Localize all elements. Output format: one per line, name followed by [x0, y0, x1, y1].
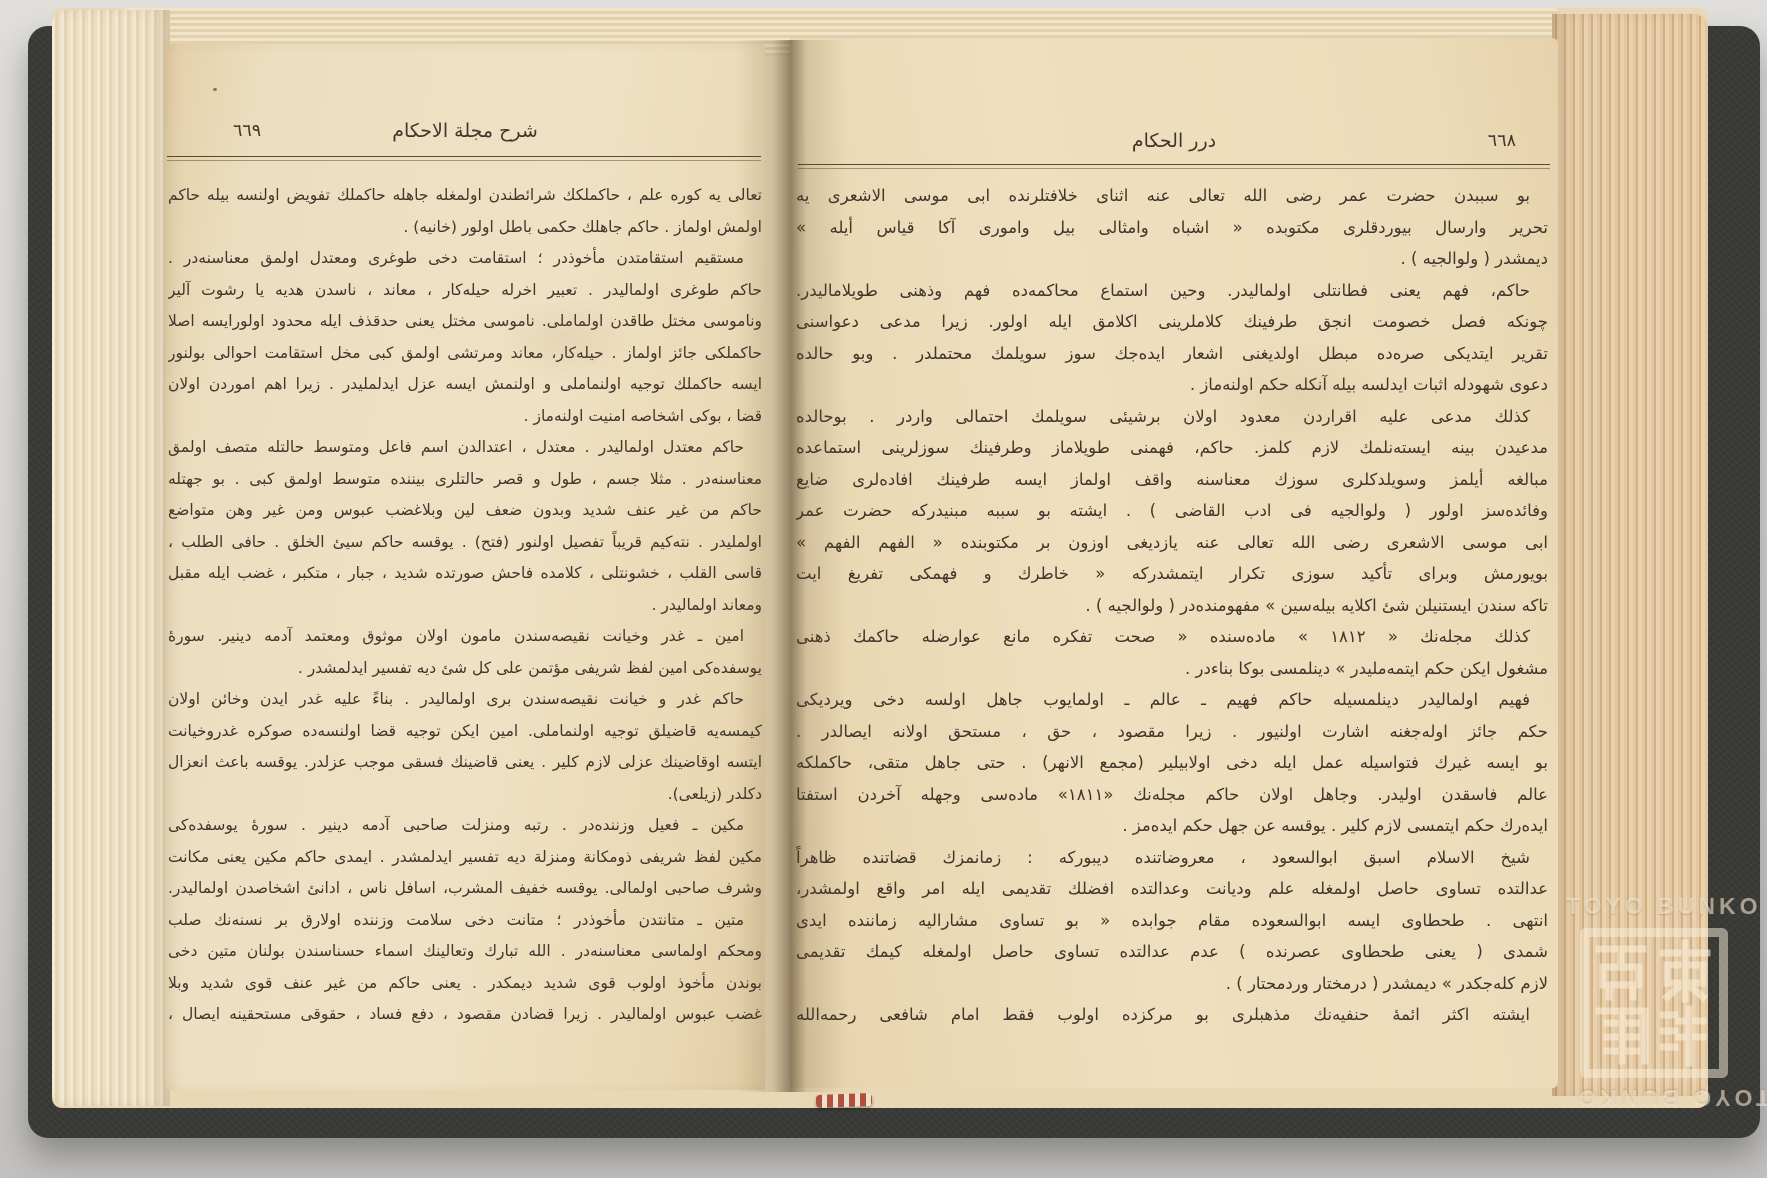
text-line: انتهى . طحطاوى ايسه ابوالسعوده مقام جواب… [796, 905, 1548, 937]
text-line: مكين لفظ شريفى ذومكانة ومنزلة ديه تفسير … [168, 842, 762, 874]
text-line: ابى موسى الاشعرى رضى الله تعالى عنه يازد… [796, 527, 1548, 559]
running-title-right: درر الحكام [790, 130, 1558, 152]
text-line: عالم فاسقدن اوليدر. وجاهل اولان حاكم مجل… [796, 779, 1548, 811]
text-line: كيمسه‌يه قاضيلق توجيه اولنماملى. امين اي… [168, 716, 762, 748]
text-line: مستقيم استقامتدن مأخوذدر ؛ استقامت دخى ط… [168, 243, 762, 275]
text-line: متين ـ متانتدن مأخوذدر ؛ متانت دخى سلامت… [168, 905, 762, 937]
page-stack-left-fore-edge [52, 10, 170, 1106]
header-rule-right [798, 164, 1550, 169]
text-line: مدعيدن بينه ايسته‌نلمك لازم كلمز. حاكم، … [796, 432, 1548, 464]
text-line: يوسفده‌كى امين لفظ شريفى مؤتمن على كل شئ… [168, 653, 762, 685]
text-line: ايسه حاكملك توجيه اولنماملى و اولنمش ايس… [168, 369, 762, 401]
paper-stain [1210, 338, 1390, 458]
text-line: عدالتده تساوى حاصل اولمغله علم وديانت وع… [796, 873, 1548, 905]
text-line: مبالغه أيلمز وسويلدكلرى سوزك معناسنه واق… [796, 464, 1548, 496]
text-line: وشرف صاحبى اولمالى. يوقسه خفيف المشرب، ا… [168, 873, 762, 905]
page-header-left: ٦٦٩ شرح مجلة الاحكام [165, 120, 765, 152]
text-line: بوندن مأخوذ اولوب قوى شديد ديمكدر . يعنى… [168, 968, 762, 1000]
photo-background: ٦٦٩ شرح مجلة الاحكام تعالى يه كوره علم ،… [0, 0, 1767, 1178]
header-rule-left [167, 156, 761, 161]
right-page: درر الحكام ٦٦٨ بو سببدن حضرت عمر رضى الل… [790, 38, 1558, 1088]
text-line: وناموسى مختل طاقدن اولماملى. ناموسى مختل… [168, 306, 762, 338]
text-line: امين ـ غدر وخيانت نقيصه‌سندن مامون اولان… [168, 621, 762, 653]
text-line: حاكم طوغرى اولماليدر . تعبير اخرله حيله‌… [168, 275, 762, 307]
text-block-left: تعالى يه كوره علم ، حاكملكك شرائطندن اول… [168, 180, 762, 1031]
text-line: بويورمش وبراى تأكيد سوزى تكرار ايتمشدركه… [796, 558, 1548, 590]
text-line: غضب عبوس اولماليدر . زيرا قضادن مقصود ، … [168, 999, 762, 1031]
paper-stain [495, 294, 635, 384]
text-line: ايده‌رك حكم ايتمسى لازم كلير . يوقسه عن … [796, 810, 1548, 842]
text-line: بو سببدن حضرت عمر رضى الله تعالى عنه اثن… [796, 180, 1548, 212]
text-line: مكين ـ فعيل وزننده‌در . رتبه ومنزلت صاحب… [168, 810, 762, 842]
text-line: ايتسه اوقاضينك عزلى لازم كلير . يعنى قاض… [168, 747, 762, 779]
paper-speck [213, 88, 217, 91]
text-line: شيخ الاسلام اسبق ابوالسعود ، معروضاتنده … [796, 842, 1548, 874]
text-line: ديمشدر ( ولوالجيه ) . [796, 243, 1548, 275]
text-line: اولمليدر . نته‌كيم قريباً تفصيل اولنور (… [168, 527, 762, 559]
text-line: تعالى يه كوره علم ، حاكملكك شرائطندن اول… [168, 180, 762, 212]
text-line: ومحكم اولماسى معناسنه‌در . الله تبارك وت… [168, 936, 762, 968]
text-line: مشغول ايكن حكم ايتمه‌مليدر » دينلمسى بوك… [796, 653, 1548, 685]
text-line: بو ايسه غيرك فتواسيله عمل ايله دخى اولاب… [796, 747, 1548, 779]
text-line: اولمش اولماز . حاكم جاهلك حكمى باطل اولو… [168, 212, 762, 244]
text-line: تقرير ايتديكى صره‌ده مبطل اولديغنى اشعار… [796, 338, 1548, 370]
text-line: معناسنه‌در . مثلا جسم ، طول و قصر حالتلر… [168, 464, 762, 496]
text-line: چونكه فصل خصومت انجق طرفينك كلاملرينى اك… [796, 306, 1548, 338]
page-number-right: ٦٦٨ [1488, 131, 1516, 151]
text-line: قضا ، بوكى اشخاصه امنيت اولنه‌ماز . [168, 401, 762, 433]
page-number-left: ٦٦٩ [233, 121, 261, 141]
text-line: كذلك مجله‌نك « ١٨١٢ » ماده‌سنده « صحت تف… [796, 621, 1548, 653]
text-line: حاكم، فهم يعنى فطانتلى اولماليدر. وحين ا… [796, 275, 1548, 307]
text-line: ومعاند اولماليدر . [168, 590, 762, 622]
text-line: حاكم معتدل اولماليدر . معتدل ، اعتدالدن … [168, 432, 762, 464]
text-block-right: بو سببدن حضرت عمر رضى الله تعالى عنه اثن… [796, 180, 1548, 1031]
page-stack-right-fore-edge [1552, 14, 1708, 1096]
text-line: دكلدر (زيلعى). [168, 779, 762, 811]
text-line: لازم كله‌جكدر » ديمشدر ( درمختار وردمحتا… [796, 968, 1548, 1000]
text-line: قاسى القلب ، خشونتلى ، كلامده فاحش صورتد… [168, 558, 762, 590]
text-line: شمدى ( يعنى طحطاوى عصرنده ) عدم عدالتده … [796, 936, 1548, 968]
left-page: ٦٦٩ شرح مجلة الاحكام تعالى يه كوره علم ،… [165, 44, 765, 1090]
text-line: حاكم من غير عنف شديد وبدون ضعف لين وبلاغ… [168, 495, 762, 527]
text-line: تحرير وارسال بيوردقلرى مكتوبده « اشباه و… [796, 212, 1548, 244]
text-line: ايشته اكثر ائمهٔ حنفيه‌نك مذهبلرى بو مرك… [796, 999, 1548, 1031]
endband [816, 1093, 872, 1108]
text-line: تاكه سندن ايستنيلن شئ اكلايه بيله‌سين » … [796, 590, 1548, 622]
text-line: حكم جائز اوله‌جغنه اشارت اولنيور . زيرا … [796, 716, 1548, 748]
text-line: كذلك مدعى عليه اقراردن معدود اولان برشيئ… [796, 401, 1548, 433]
text-line: فهيم اولماليدر دينلمسيله حاكم فهيم ـ عال… [796, 684, 1548, 716]
text-line: دعوى شهودله اثبات ايدلسه بيله آنكله حكم … [796, 369, 1548, 401]
text-line: حاكملكى جائز اولماز . حيله‌كار، معاند وم… [168, 338, 762, 370]
text-line: وفائده‌سز اولور ( ولوالجيه فى ادب القاضى… [796, 495, 1548, 527]
page-header-right: درر الحكام ٦٦٨ [790, 130, 1558, 162]
text-line: حاكم غدر و خيانت نقيصه‌سندن برى اولماليد… [168, 684, 762, 716]
